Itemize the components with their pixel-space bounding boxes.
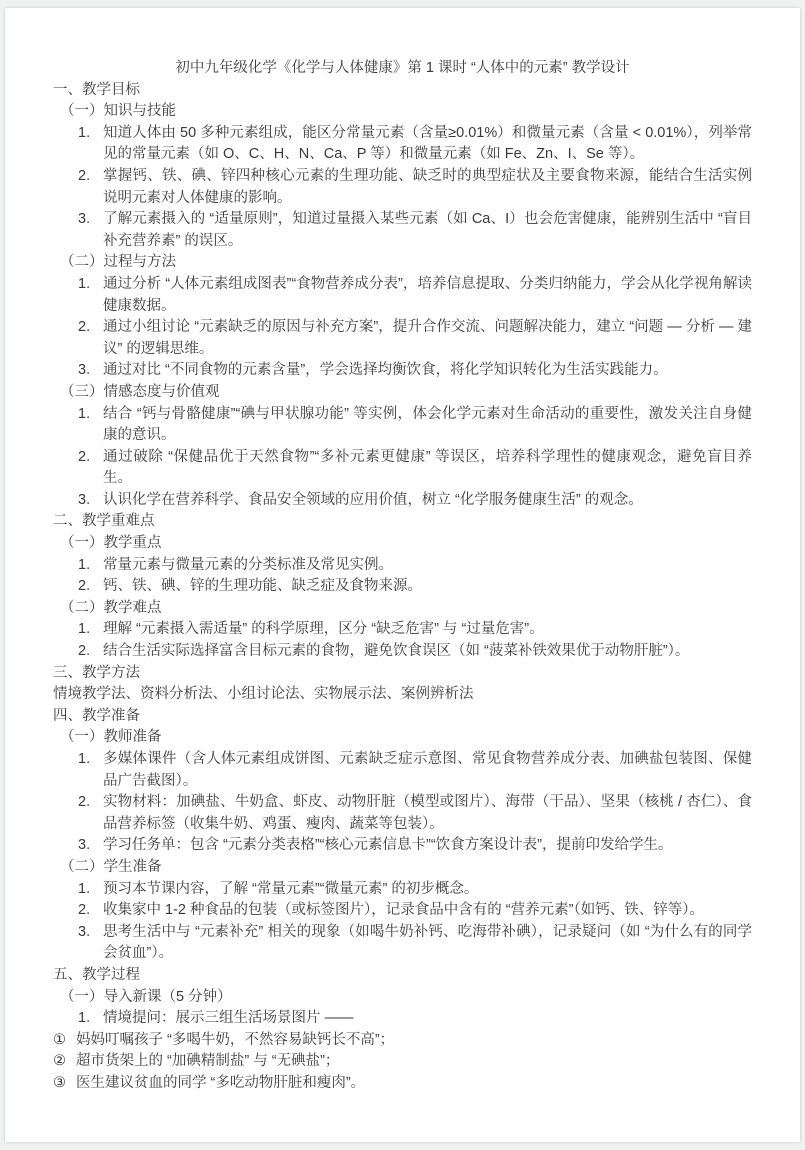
numbered-list-item: 3.认识化学在营养科学、食品安全领域的应用价值，树立 “化学服务健康生活” 的观… (53, 490, 752, 512)
list-marker: 2. (78, 447, 90, 469)
numbered-list-item: 2.收集家中 1-2 种食品的包装（或标签图片），记录食品中含有的 “营养元素”… (53, 900, 752, 922)
list-marker: 1. (78, 404, 90, 426)
numbered-list-item: 3.学习任务单：包含 “元素分类表格”“核心元素信息卡”“饮食方案设计表”，提前… (53, 835, 752, 857)
numbered-list-item: 2.通过小组讨论 “元素缺乏的原因与补充方案”，提升合作交流、问题解决能力，建立… (53, 317, 752, 360)
block-text: （二）教学难点 (60, 600, 162, 616)
section-heading: 二、教学重难点 (53, 511, 752, 533)
block-text: 通过分析 “人体元素组成图表”“食物营养成分表”，培养信息提取、分类归纳能力，学… (103, 276, 752, 314)
block-text: （三）情感态度与价值观 (60, 384, 220, 400)
block-text: 三、教学方法 (53, 665, 140, 681)
subsection-heading: （二）过程与方法 (53, 252, 752, 274)
numbered-list-item: 3.思考生活中与 “元素补充” 相关的现象（如喝牛奶补钙、吃海带补碘），记录疑问… (53, 922, 752, 965)
block-text: 知道人体由 50 多种元素组成，能区分常量元素（含量≥0.01%）和微量元素（含… (103, 125, 752, 163)
block-text: 通过小组讨论 “元素缺乏的原因与补充方案”，提升合作交流、问题解决能力，建立 “… (103, 319, 752, 357)
document-title: 初中九年级化学《化学与人体健康》第 1 课时 “人体中的元素” 教学设计 (53, 58, 752, 80)
block-text: （一）导入新课（5 分钟） (60, 989, 232, 1005)
circled-list-item: ②超市货架上的 “加碘精制盐” 与 “无碘盐”； (53, 1051, 752, 1073)
subsection-heading: （一）教师准备 (53, 727, 752, 749)
block-text: 理解 “元素摄入需适量” 的科学原理，区分 “缺乏危害” 与 “过量危害”。 (103, 621, 544, 637)
list-marker: ① (53, 1032, 66, 1048)
list-marker: 3. (78, 490, 90, 512)
section-heading: 五、教学过程 (53, 965, 752, 987)
block-text: 情境教学法、资料分析法、小组讨论法、实物展示法、案例辨析法 (53, 686, 474, 702)
list-marker: 2. (78, 900, 90, 922)
block-text: 结合 “钙与骨骼健康”“碘与甲状腺功能” 等实例，体会化学元素对生命活动的重要性… (103, 406, 752, 444)
block-text: （一）教师准备 (60, 729, 162, 745)
numbered-list-item: 1.多媒体课件（含人体元素组成饼图、元素缺乏症示意图、常见食物营养成分表、加碘盐… (53, 749, 752, 792)
list-marker: 1. (78, 274, 90, 296)
list-marker: 3. (78, 360, 90, 382)
block-text: 收集家中 1-2 种食品的包装（或标签图片），记录食品中含有的 “营养元素”（如… (103, 902, 704, 918)
block-text: 思考生活中与 “元素补充” 相关的现象（如喝牛奶补钙、吃海带补碘），记录疑问（如… (103, 924, 752, 962)
document-page: 初中九年级化学《化学与人体健康》第 1 课时 “人体中的元素” 教学设计 一、教… (5, 8, 800, 1142)
block-text: 超市货架上的 “加碘精制盐” 与 “无碘盐”； (76, 1053, 339, 1069)
circled-list-item: ③医生建议贫血的同学 “多吃动物肝脏和瘦肉”。 (53, 1073, 752, 1095)
subsection-heading: （二）教学难点 (53, 598, 752, 620)
list-marker: 2. (78, 576, 90, 598)
circled-list-item: ①妈妈叮嘱孩子 “多喝牛奶，不然容易缺钙长不高”； (53, 1030, 752, 1052)
block-text: 五、教学过程 (53, 967, 140, 983)
numbered-list-item: 1.通过分析 “人体元素组成图表”“食物营养成分表”，培养信息提取、分类归纳能力… (53, 274, 752, 317)
list-marker: 1. (78, 1008, 90, 1030)
section-heading: 四、教学准备 (53, 706, 752, 728)
block-text: 学习任务单：包含 “元素分类表格”“核心元素信息卡”“饮食方案设计表”，提前印发… (103, 837, 673, 853)
numbered-list-item: 3.了解元素摄入的 “适量原则”，知道过量摄入某些元素（如 Ca、I）也会危害健… (53, 209, 752, 252)
subsection-heading: （一）教学重点 (53, 533, 752, 555)
numbered-list-item: 3.通过对比 “不同食物的元素含量”，学会选择均衡饮食，将化学知识转化为生活实践… (53, 360, 752, 382)
document-viewer: { "theme": { "canvas_bg": "#f0f1f1", "pa… (0, 0, 805, 1150)
subsection-heading: （二）学生准备 (53, 857, 752, 879)
block-text: （一）知识与技能 (60, 103, 176, 119)
list-marker: 2. (78, 641, 90, 663)
numbered-list-item: 2.实物材料：加碘盐、牛奶盒、虾皮、动物肝脏（模型或图片）、海带（干品）、坚果（… (53, 792, 752, 835)
list-marker: 3. (78, 922, 90, 944)
list-marker: 1. (78, 619, 90, 641)
list-marker: ③ (53, 1075, 66, 1091)
block-text: 情境提问：展示三组生活场景图片 —— (103, 1010, 354, 1026)
list-marker: 3. (78, 835, 90, 857)
numbered-list-item: 1.结合 “钙与骨骼健康”“碘与甲状腺功能” 等实例，体会化学元素对生命活动的重… (53, 404, 752, 447)
list-marker: 2. (78, 792, 90, 814)
block-text: 常量元素与微量元素的分类标准及常见实例。 (103, 557, 393, 573)
list-marker: ② (53, 1053, 66, 1069)
block-text: 预习本节课内容，了解 “常量元素”“微量元素” 的初步概念。 (103, 881, 478, 897)
block-text: （二）过程与方法 (60, 254, 176, 270)
numbered-list-item: 1.情境提问：展示三组生活场景图片 —— (53, 1008, 752, 1030)
numbered-list-item: 2.掌握钙、铁、碘、锌四种核心元素的生理功能、缺乏时的典型症状及主要食物来源，能… (53, 166, 752, 209)
block-text: 掌握钙、铁、碘、锌四种核心元素的生理功能、缺乏时的典型症状及主要食物来源，能结合… (103, 168, 752, 206)
block-text: 通过对比 “不同食物的元素含量”，学会选择均衡饮食，将化学知识转化为生活实践能力… (103, 362, 668, 378)
section-heading: 一、教学目标 (53, 80, 752, 102)
block-text: 医生建议贫血的同学 “多吃动物肝脏和瘦肉”。 (76, 1075, 365, 1091)
numbered-list-item: 2.通过破除 “保健品优于天然食物”“多补元素更健康” 等误区，培养科学理性的健… (53, 447, 752, 490)
list-marker: 3. (78, 209, 90, 231)
subsection-heading: （一）知识与技能 (53, 101, 752, 123)
paragraph: 情境教学法、资料分析法、小组讨论法、实物展示法、案例辨析法 (53, 684, 752, 706)
list-marker: 2. (78, 317, 90, 339)
numbered-list-item: 2.结合生活实际选择富含目标元素的食物，避免饮食误区（如 “菠菜补铁效果优于动物… (53, 641, 752, 663)
section-heading: 三、教学方法 (53, 663, 752, 685)
list-marker: 1. (78, 749, 90, 771)
block-text: 了解元素摄入的 “适量原则”，知道过量摄入某些元素（如 Ca、I）也会危害健康，… (103, 211, 752, 249)
document-body: 一、教学目标（一）知识与技能1.知道人体由 50 多种元素组成，能区分常量元素（… (53, 80, 752, 1095)
subsection-heading: （一）导入新课（5 分钟） (53, 987, 752, 1009)
numbered-list-item: 2.钙、铁、碘、锌的生理功能、缺乏症及食物来源。 (53, 576, 752, 598)
block-text: 认识化学在营养科学、食品安全领域的应用价值，树立 “化学服务健康生活” 的观念。 (103, 492, 643, 508)
block-text: 一、教学目标 (53, 82, 140, 98)
block-text: （一）教学重点 (60, 535, 162, 551)
block-text: 四、教学准备 (53, 708, 140, 724)
numbered-list-item: 1.理解 “元素摄入需适量” 的科学原理，区分 “缺乏危害” 与 “过量危害”。 (53, 619, 752, 641)
block-text: 通过破除 “保健品优于天然食物”“多补元素更健康” 等误区，培养科学理性的健康观… (103, 449, 752, 487)
numbered-list-item: 1.常量元素与微量元素的分类标准及常见实例。 (53, 555, 752, 577)
block-text: （二）学生准备 (60, 859, 162, 875)
list-marker: 2. (78, 166, 90, 188)
block-text: 结合生活实际选择富含目标元素的食物，避免饮食误区（如 “菠菜补铁效果优于动物肝脏… (103, 643, 689, 659)
block-text: 钙、铁、碘、锌的生理功能、缺乏症及食物来源。 (103, 578, 422, 594)
block-text: 二、教学重难点 (53, 513, 155, 529)
numbered-list-item: 1.知道人体由 50 多种元素组成，能区分常量元素（含量≥0.01%）和微量元素… (53, 123, 752, 166)
list-marker: 1. (78, 123, 90, 145)
block-text: 多媒体课件（含人体元素组成饼图、元素缺乏症示意图、常见食物营养成分表、加碘盐包装… (103, 751, 752, 789)
subsection-heading: （三）情感态度与价值观 (53, 382, 752, 404)
numbered-list-item: 1.预习本节课内容，了解 “常量元素”“微量元素” 的初步概念。 (53, 879, 752, 901)
block-text: 妈妈叮嘱孩子 “多喝牛奶，不然容易缺钙长不高”； (76, 1032, 394, 1048)
list-marker: 1. (78, 879, 90, 901)
block-text: 实物材料：加碘盐、牛奶盒、虾皮、动物肝脏（模型或图片）、海带（干品）、坚果（核桃… (103, 794, 752, 832)
list-marker: 1. (78, 555, 90, 577)
